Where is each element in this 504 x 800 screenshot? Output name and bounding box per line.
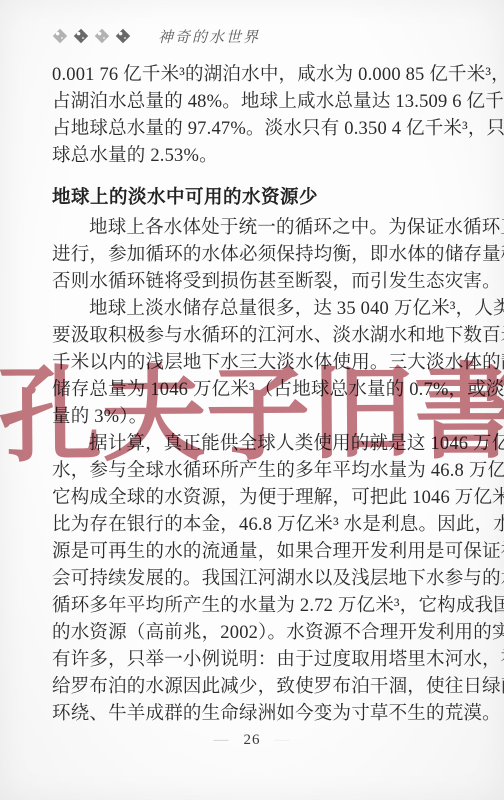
body-line: 进行，参加循环的水体必须保持均衡，即水体的储存量稳定， xyxy=(52,242,452,269)
body-line: 的水资源（高前兆，2002）。水资源不合理开发利用的实例 xyxy=(52,620,452,647)
diamond-ornament-icon xyxy=(52,28,68,44)
body-line: 球总水量的 2.53%。 xyxy=(52,143,452,170)
body-line: 环绕、牛羊成群的生命绿洲如今变为寸草不生的荒漠。 xyxy=(52,701,452,728)
body-line: 水，参与全球水循环所产生的多年平均水量为 46.8 万亿米³， xyxy=(52,458,452,485)
body-line: 据计算，真正能供全球人类使用的就是这 1046 万亿米³ xyxy=(52,431,452,458)
body-line: 占湖泊水总量的 48%。地球上咸水总量达 13.509 6 亿千米³， xyxy=(52,89,452,116)
body-line: 要汲取积极参与水循环的江河水、淡水湖水和地下数百米至 xyxy=(52,323,452,350)
body-line: 源是可再生的水的流通量，如果合理开发利用是可保证社 xyxy=(52,539,452,566)
body-line: 会可持续发展的。我国江河湖水以及浅层地下水参与的水 xyxy=(52,566,452,593)
body-line: 地球上各水体处于统一的循环之中。为保证水循环正常 xyxy=(52,215,452,242)
body-line: 地球上淡水储存总量很多，达 35 040 万亿米³，人类主 xyxy=(52,296,452,323)
body-line: 占地球总水量的 97.47%。淡水只有 0.350 4 亿千米³，只占地 xyxy=(52,116,452,143)
footer-dash: — xyxy=(275,732,291,748)
body-line: 比为存在银行的本金，46.8 万亿米³ 水是利息。因此，水资 xyxy=(52,512,452,539)
diamond-ornament-icon xyxy=(73,28,89,44)
footer-dash: — xyxy=(214,732,230,748)
section-heading: 地球上的淡水中可用的水资源少 xyxy=(52,183,452,210)
body-line: 循环多年平均所产生的水量为 2.72 万亿米³，它构成我国 xyxy=(52,593,452,620)
running-book-title: 神奇的水世界 xyxy=(158,26,260,47)
page-body-text: 0.001 76 亿千米³的湖泊水中，咸水为 0.000 85 亿千米³，约 占… xyxy=(52,62,452,728)
page-header: 神奇的水世界 xyxy=(52,26,452,46)
page-number: 26 xyxy=(244,732,261,748)
book-page: 神奇的水世界 0.001 76 亿千米³的湖泊水中，咸水为 0.000 85 亿… xyxy=(0,0,504,800)
diamond-ornament-icon xyxy=(115,28,131,44)
page-footer: —26— xyxy=(0,732,504,749)
body-line: 给罗布泊的水源因此减少，致使罗布泊干涸，使往日绿荫 xyxy=(52,674,452,701)
body-line: 否则水循环链将受到损伤甚至断裂，而引发生态灾害。 xyxy=(52,269,452,296)
body-line: 有许多，只举一小例说明：由于过度取用塔里木河水，补 xyxy=(52,647,452,674)
body-line: 千米以内的浅层地下水三大淡水体使用。三大淡水体的静态 xyxy=(52,350,452,377)
diamond-ornament-icon xyxy=(94,28,110,44)
body-line: 它构成全球的水资源，为便于理解，可把此 1046 万亿米³水 xyxy=(52,485,452,512)
body-line: 量的 3%）。 xyxy=(52,404,452,431)
body-line: 0.001 76 亿千米³的湖泊水中，咸水为 0.000 85 亿千米³，约 xyxy=(52,62,452,89)
body-line: 储存总量为 1046 万亿米³（占地球总水量的 0.7%，或淡水总 xyxy=(52,377,452,404)
